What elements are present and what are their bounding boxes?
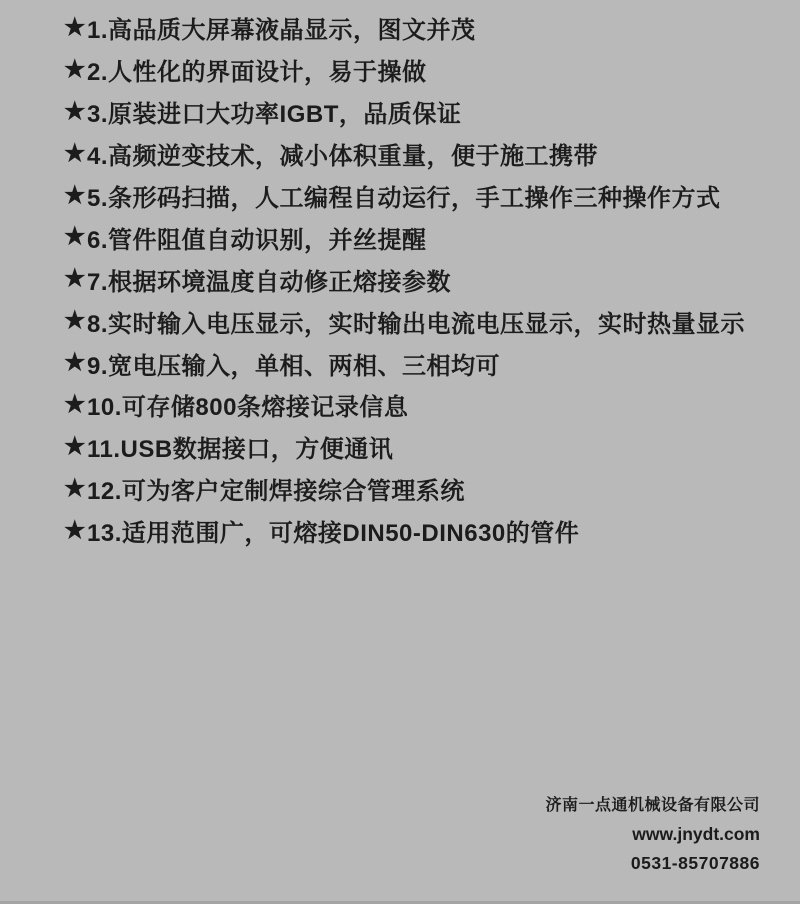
feature-text: 5.条形码扫描，人工编程自动运行，手工操作三种操作方式 bbox=[87, 178, 721, 213]
star-icon: ★ bbox=[64, 267, 86, 291]
star-icon: ★ bbox=[64, 184, 86, 208]
feature-item: ★6.管件阻值自动识别，并丝提醒 bbox=[64, 216, 800, 258]
feature-item: ★11.USB数据接口，方便通讯 bbox=[64, 426, 800, 468]
star-icon: ★ bbox=[64, 519, 86, 543]
feature-text: 8.实时输入电压显示，实时输出电流电压显示，实时热量显示 bbox=[87, 304, 745, 339]
feature-item: ★5.条形码扫描，人工编程自动运行，手工操作三种操作方式 bbox=[64, 175, 800, 217]
feature-sheet: ★1.高品质大屏幕液晶显示，图文并茂 ★2.人性化的界面设计，易于操做 ★3.原… bbox=[0, 0, 800, 904]
website-url: www.jnydt.com bbox=[545, 820, 760, 849]
star-icon: ★ bbox=[64, 142, 86, 166]
feature-text: 4.高频逆变技术，减小体积重量，便于施工携带 bbox=[87, 136, 598, 171]
feature-text: 7.根据环境温度自动修正熔接参数 bbox=[87, 262, 451, 297]
contact-block: 济南一点通机械设备有限公司 www.jnydt.com 0531-8570788… bbox=[545, 791, 760, 878]
feature-item: ★10.可存储800条熔接记录信息 bbox=[64, 384, 800, 426]
feature-text: 9.宽电压输入，单相、两相、三相均可 bbox=[87, 346, 500, 381]
star-icon: ★ bbox=[64, 225, 86, 249]
star-icon: ★ bbox=[64, 351, 86, 375]
star-icon: ★ bbox=[64, 100, 86, 124]
star-icon: ★ bbox=[64, 16, 86, 40]
feature-item: ★12.可为客户定制焊接综合管理系统 bbox=[64, 468, 800, 510]
feature-text: 12.可为客户定制焊接综合管理系统 bbox=[87, 471, 465, 506]
star-icon: ★ bbox=[64, 435, 86, 459]
feature-item: ★2.人性化的界面设计，易于操做 bbox=[64, 49, 800, 91]
feature-text: 2.人性化的界面设计，易于操做 bbox=[87, 52, 427, 87]
feature-text: 6.管件阻值自动识别，并丝提醒 bbox=[87, 220, 427, 255]
feature-list: ★1.高品质大屏幕液晶显示，图文并茂 ★2.人性化的界面设计，易于操做 ★3.原… bbox=[0, 0, 800, 552]
feature-item: ★1.高品质大屏幕液晶显示，图文并茂 bbox=[64, 7, 800, 49]
feature-item: ★3.原装进口大功率IGBT，品质保证 bbox=[64, 91, 800, 133]
star-icon: ★ bbox=[64, 393, 86, 417]
phone-number: 0531-85707886 bbox=[545, 849, 760, 878]
feature-item: ★9.宽电压输入，单相、两相、三相均可 bbox=[64, 342, 800, 384]
feature-text: 11.USB数据接口，方便通讯 bbox=[87, 429, 393, 464]
feature-text: 13.适用范围广，可熔接DIN50-DIN630的管件 bbox=[87, 513, 579, 548]
company-name: 济南一点通机械设备有限公司 bbox=[545, 791, 760, 820]
feature-text: 3.原装进口大功率IGBT，品质保证 bbox=[87, 94, 461, 129]
feature-item: ★13.适用范围广，可熔接DIN50-DIN630的管件 bbox=[64, 510, 800, 552]
feature-item: ★7.根据环境温度自动修正熔接参数 bbox=[64, 258, 800, 300]
feature-item: ★8.实时输入电压显示，实时输出电流电压显示，实时热量显示 bbox=[64, 300, 800, 342]
star-icon: ★ bbox=[64, 309, 86, 333]
star-icon: ★ bbox=[64, 477, 86, 501]
star-icon: ★ bbox=[64, 58, 86, 82]
feature-text: 1.高品质大屏幕液晶显示，图文并茂 bbox=[87, 10, 476, 45]
feature-item: ★4.高频逆变技术，减小体积重量，便于施工携带 bbox=[64, 133, 800, 175]
feature-text: 10.可存储800条熔接记录信息 bbox=[87, 387, 408, 422]
